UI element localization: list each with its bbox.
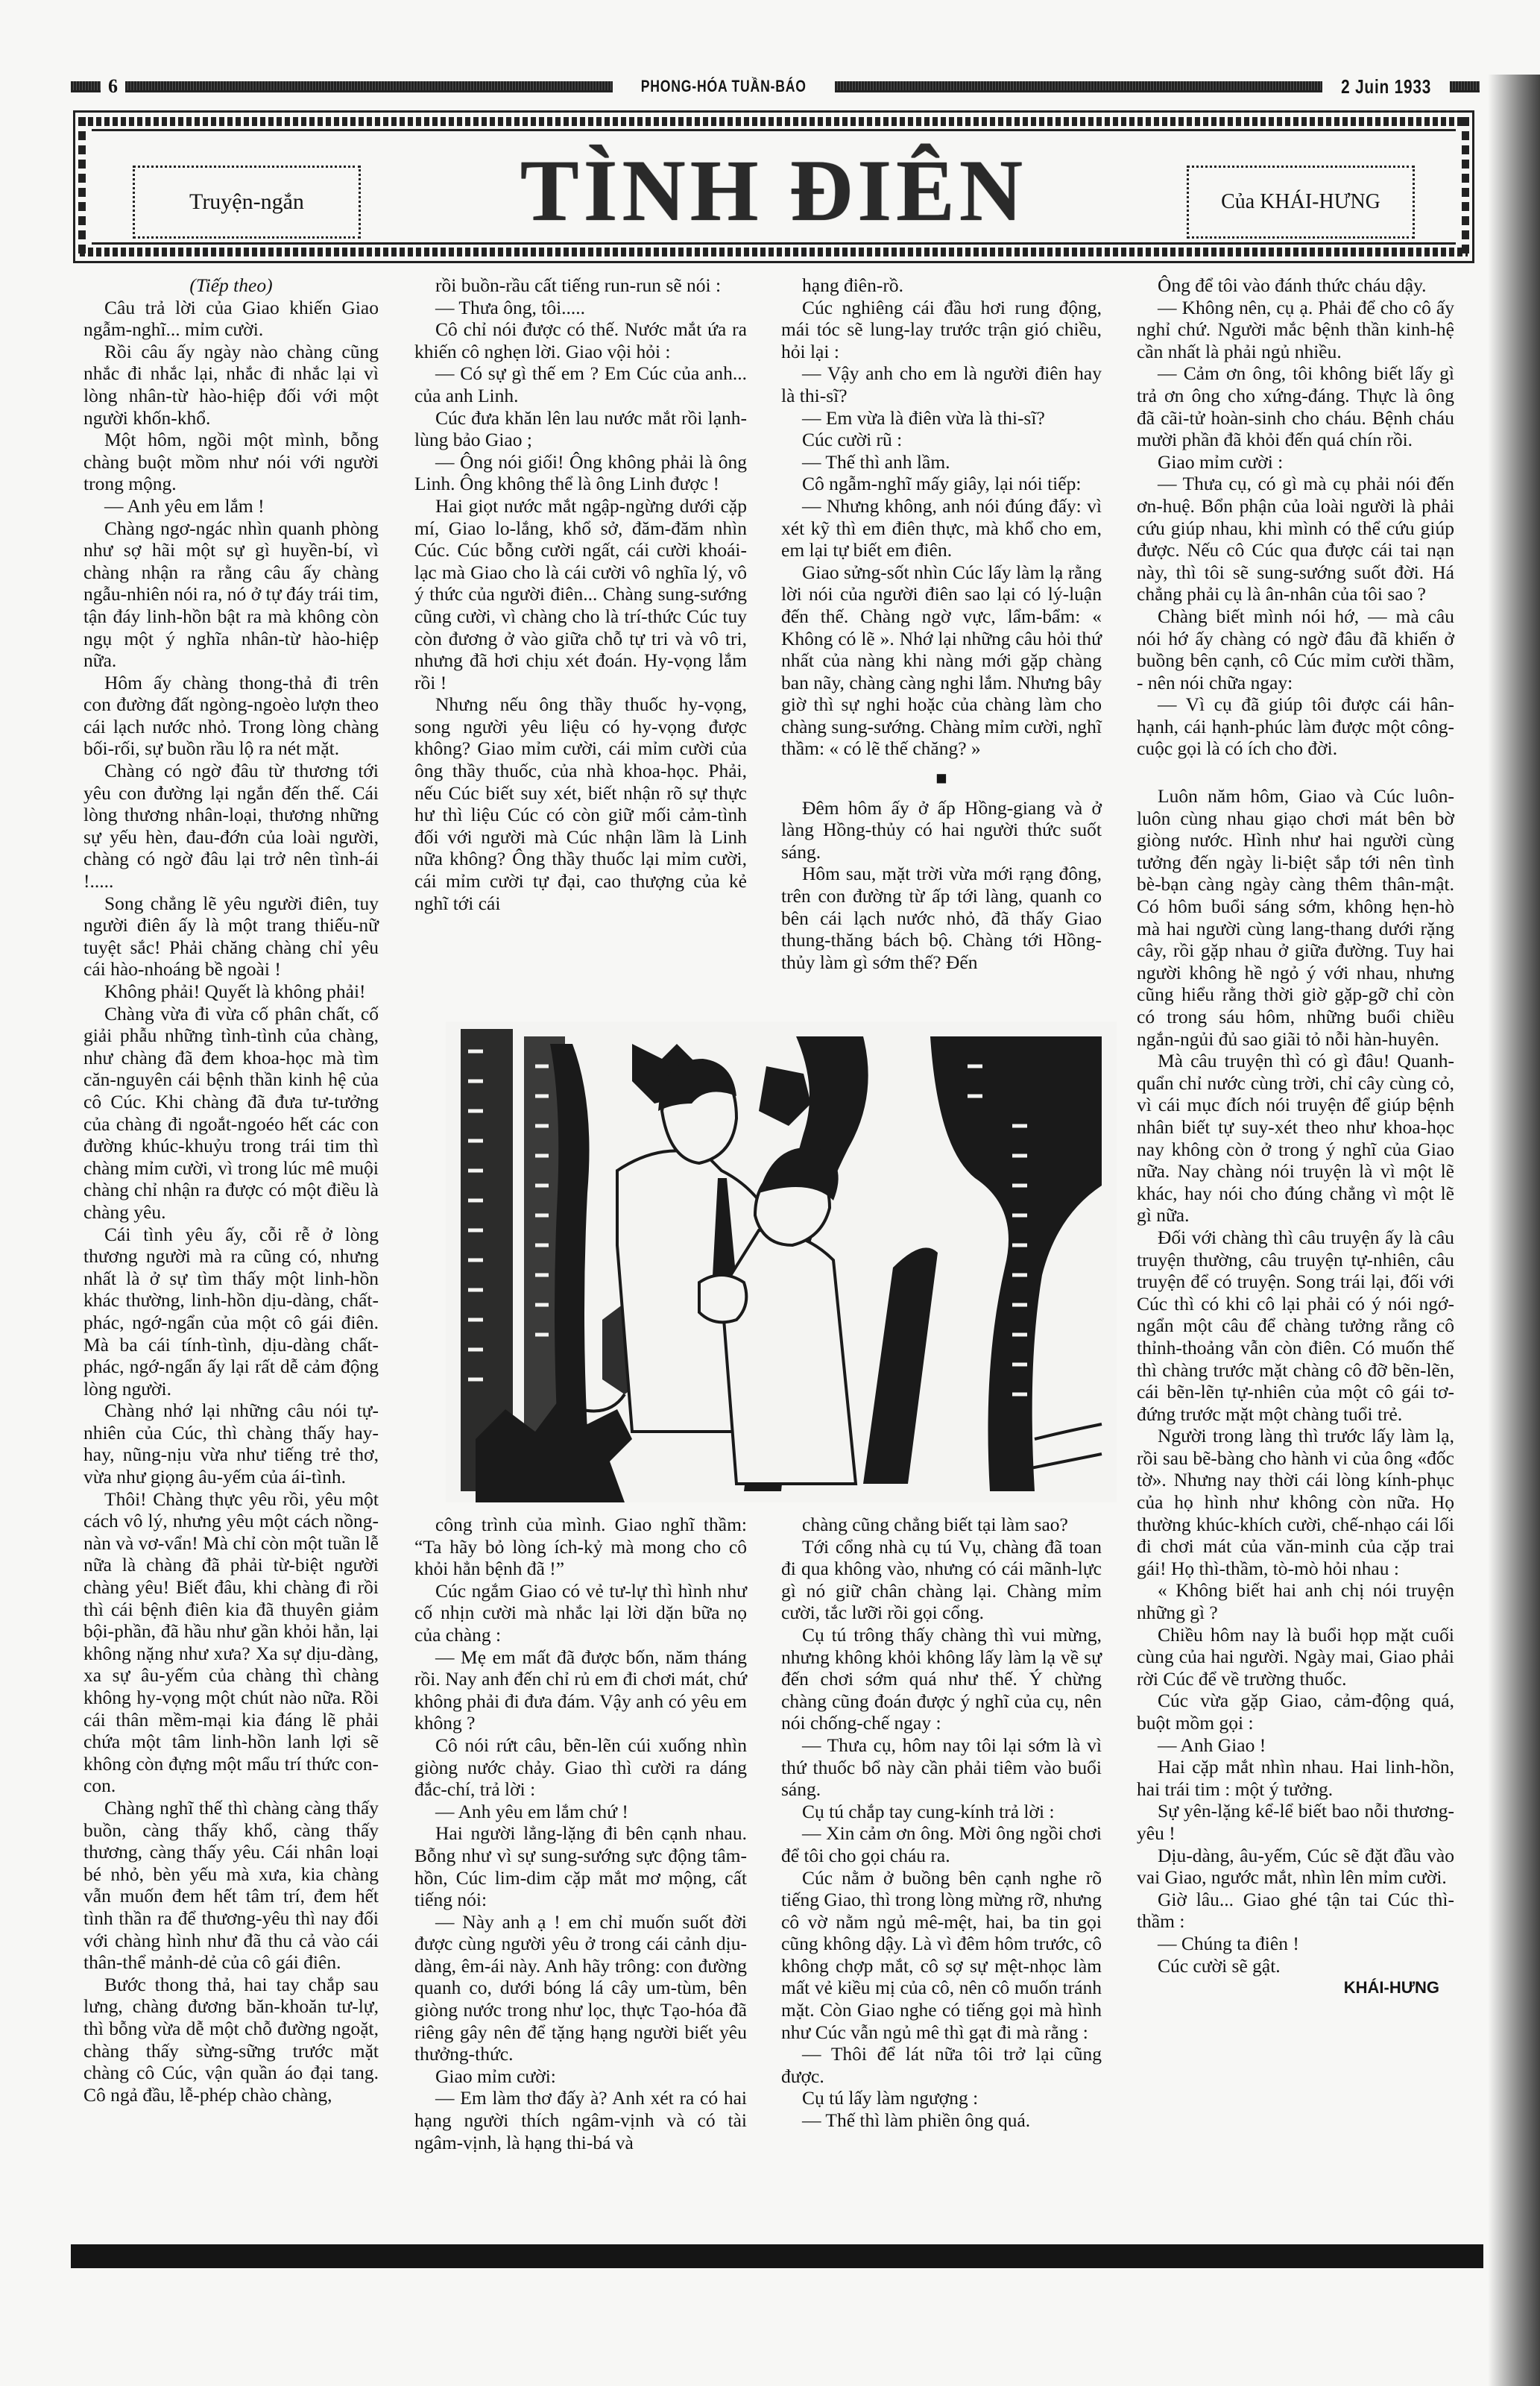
woodcut-illustration xyxy=(446,1022,1117,1502)
byline-text: Của KHÁI-HƯNG xyxy=(1221,190,1380,214)
header-rule xyxy=(71,81,101,92)
paragraph: Không phải! Quyết là không phải! xyxy=(83,980,379,1003)
author-signature: KHÁI-HƯNG xyxy=(1137,1977,1439,1999)
paragraph: hạng điên-rồ. xyxy=(781,274,1102,297)
paragraph: Cúc ngắm Giao có vẻ tư-lự thì hình như c… xyxy=(414,1580,747,1646)
paragraph: Hai người lẳng-lặng đi bên cạnh nhau. Bỗ… xyxy=(414,1822,747,1910)
continued-label: (Tiếp theo) xyxy=(83,274,379,297)
paragraph: chàng cũng chẳng biết tại làm sao? xyxy=(781,1514,1102,1536)
issue-date: 2 Juin 1933 xyxy=(1341,75,1431,98)
paragraph: — Thưa ông, tôi..... xyxy=(414,297,747,319)
page-number: 6 xyxy=(108,75,118,98)
paragraph: rồi buồn-rầu cất tiếng run-run sẽ nói : xyxy=(414,274,747,297)
column-4-body: Ông để tôi vào đánh thức cháu dậy.— Khôn… xyxy=(1137,274,1454,760)
paragraph: — Thưa cụ, có gì mà cụ phải nói đến ơn-h… xyxy=(1137,473,1454,605)
paragraph: Đối với chàng thì câu truyện ấy là câu t… xyxy=(1137,1227,1454,1425)
ornamental-border xyxy=(80,117,1468,126)
paragraph: — Thế thì anh lầm. xyxy=(781,451,1102,473)
column-2-body: rồi buồn-rầu cất tiếng run-run sẽ nói :—… xyxy=(414,274,747,914)
column-1: (Tiếp theo) Câu trả lời của Giao khiến G… xyxy=(83,274,379,2106)
author-byline: Của KHÁI-HƯNG xyxy=(1187,166,1415,239)
title-banner: Truyện-ngắn TÌNH ĐIÊN Của KHÁI-HƯNG xyxy=(73,110,1474,263)
bottom-rule xyxy=(71,2244,1483,2268)
paragraph: — Thế thì làm phiền ông quá. xyxy=(781,2109,1102,2132)
paragraph: công trình của mình. Giao nghĩ thầm: “Ta… xyxy=(414,1514,747,1580)
paragraph: Cúc đưa khăn lên lau nước mắt rồi lạnh-l… xyxy=(414,407,747,451)
paragraph: Chàng nhớ lại những câu nói tự-nhiên của… xyxy=(83,1400,379,1488)
paragraph: Cụ tú lấy làm ngượng : xyxy=(781,2087,1102,2109)
paragraph: Bước thong thả, hai tay chắp sau lưng, c… xyxy=(83,1974,379,2106)
page-header: 6 PHONG-HÓA TUẦN-BÁO 2 Juin 1933 xyxy=(71,75,1480,98)
paragraph: Chàng có ngờ đâu từ thương tới yêu con đ… xyxy=(83,760,379,893)
paragraph: Hôm ấy chàng thong-thả đi trên con đường… xyxy=(83,672,379,760)
column-3-lower: chàng cũng chẳng biết tại làm sao?Tới cổ… xyxy=(781,1514,1102,2132)
paragraph: — Xin cảm ơn ông. Mời ông ngồi chơi để t… xyxy=(781,1822,1102,1866)
paragraph: Chàng biết mình nói hớ, — mà câu nói hớ … xyxy=(1137,605,1454,693)
paragraph: Cụ tú trông thấy chàng thì vui mừng, như… xyxy=(781,1624,1102,1734)
paragraph: — Ông nói giối! Ông không phải là ông Li… xyxy=(414,451,747,495)
paragraph: Cúc vừa gặp Giao, cảm-động quá, buột mồm… xyxy=(1137,1690,1454,1734)
paragraph: Giao sửng-sốt nhìn Cúc lấy làm lạ rằng l… xyxy=(781,561,1102,760)
paragraph: — Vậy anh cho em là người điên hay là th… xyxy=(781,362,1102,406)
paragraph: — Mẹ em mất đã được bốn, năm tháng rồi. … xyxy=(414,1646,747,1734)
paragraph: — Vì cụ đã giúp tôi được cái hân-hạnh, c… xyxy=(1137,693,1454,760)
ornamental-border xyxy=(1462,117,1469,256)
paragraph: Giao mỉm cười: xyxy=(414,2065,747,2088)
column-3-body: hạng điên-rồ.Cúc nghiêng cái đầu hơi run… xyxy=(781,274,1102,760)
column-4: Ông để tôi vào đánh thức cháu dậy.— Khôn… xyxy=(1137,274,1454,1999)
paragraph: Nhưng nếu ông thầy thuốc hy-vọng, song n… xyxy=(414,693,747,914)
paragraph: Dịu-dàng, âu-yếm, Cúc sẽ đặt đầu vào vai… xyxy=(1137,1845,1454,1889)
column-1-body: Câu trả lời của Giao khiến Giao ngẫm-ngh… xyxy=(83,297,379,2106)
column-2-lower: công trình của mình. Giao nghĩ thầm: “Ta… xyxy=(414,1514,747,2153)
column-2-lower-body: công trình của mình. Giao nghĩ thầm: “Ta… xyxy=(414,1514,747,2153)
paragraph: Hôm sau, mặt trời vừa mới rạng đông, trê… xyxy=(781,863,1102,973)
header-rule xyxy=(125,81,613,92)
paragraph: Luôn năm hôm, Giao và Cúc luôn-luôn cùng… xyxy=(1137,785,1454,1050)
paragraph: Giờ lâu... Giao ghé tận tai Cúc thì-thầm… xyxy=(1137,1889,1454,1933)
paragraph: Câu trả lời của Giao khiến Giao ngẫm-ngh… xyxy=(83,297,379,341)
paragraph: Hai giọt nước mắt ngập-ngừng dưới cặp mí… xyxy=(414,495,747,693)
column-3-body-b: Đêm hôm ấy ở ấp Hồng-giang và ở làng Hồn… xyxy=(781,797,1102,974)
paragraph: — Có sự gì thế em ? Em Cúc của anh... củ… xyxy=(414,362,747,406)
paragraph: Cúc cười rũ : xyxy=(781,429,1102,451)
header-rule xyxy=(1450,81,1480,92)
paragraph: Rồi câu ấy ngày nào chàng cũng nhắc đi n… xyxy=(83,341,379,429)
paragraph: « Không biết hai anh chị nói truyện nhữn… xyxy=(1137,1579,1454,1623)
paragraph: — Em vừa là điên vừa là thi-sĩ? xyxy=(781,407,1102,429)
paragraph: — Này anh ạ ! em chỉ muốn suốt đời được … xyxy=(414,1911,747,2065)
column-4-body-b: Luôn năm hôm, Giao và Cúc luôn-luôn cùng… xyxy=(1137,785,1454,1977)
paragraph: Ông để tôi vào đánh thức cháu dậy. xyxy=(1137,274,1454,297)
ornamental-border xyxy=(80,248,1468,256)
paragraph: — Anh yêu em lắm ! xyxy=(83,495,379,517)
header-rule xyxy=(835,81,1322,92)
column-3-lower-body: chàng cũng chẳng biết tại làm sao?Tới cổ… xyxy=(781,1514,1102,2132)
paragraph: Cô ngẫm-nghĩ mấy giây, lại nói tiếp: xyxy=(781,473,1102,495)
paragraph: Thôi! Chàng thực yêu rồi, yêu một cách v… xyxy=(83,1488,379,1797)
publication-name: PHONG-HÓA TUẦN-BÁO xyxy=(641,77,807,96)
paragraph: — Không nên, cụ ạ. Phải để cho cô ấy ngh… xyxy=(1137,297,1454,363)
ornamental-border xyxy=(78,117,86,256)
paragraph: — Nhưng không, anh nói đúng đấy: vì xét … xyxy=(781,495,1102,561)
paragraph: Cúc cười sẽ gật. xyxy=(1137,1955,1454,1977)
paragraph: Cúc nằm ở buồng bên cạnh nghe rõ tiếng G… xyxy=(781,1867,1102,2044)
paragraph: Chiều hôm nay là buổi họp mặt cuối cùng … xyxy=(1137,1624,1454,1690)
paragraph: Người trong làng thì trước lấy làm lạ, r… xyxy=(1137,1425,1454,1579)
paragraph: Song chẳng lẽ yêu người điên, tuy người … xyxy=(83,893,379,980)
paragraph: Chàng vừa đi vừa cố phân chất, cố giải p… xyxy=(83,1003,379,1224)
paragraph: Tới cổng nhà cụ tú Vụ, chàng đã toan đi … xyxy=(781,1536,1102,1624)
paragraph: — Em làm thơ đấy à? Anh xét ra có hai hạ… xyxy=(414,2087,747,2153)
paragraph: Đêm hôm ấy ở ấp Hồng-giang và ở làng Hồn… xyxy=(781,797,1102,863)
paragraph: Chàng ngơ-ngác nhìn quanh phòng như sợ h… xyxy=(83,517,379,672)
paragraph: Cô chỉ nói được có thế. Nước mắt ứa ra k… xyxy=(414,318,747,362)
paragraph: — Thôi để lát nữa tôi trở lại cũng được. xyxy=(781,2043,1102,2087)
paragraph: Cô nói rứt câu, bẽn-lẽn cúi xuống nhìn g… xyxy=(414,1734,747,1801)
paragraph: Hai cặp mắt nhìn nhau. Hai linh-hồn, hai… xyxy=(1137,1756,1454,1800)
paragraph: — Thưa cụ, hôm nay tôi lại sớm là vì thứ… xyxy=(781,1734,1102,1801)
banner-inner: Truyện-ngắn TÌNH ĐIÊN Của KHÁI-HƯNG xyxy=(92,129,1456,245)
paragraph: — Cảm ơn ông, tôi không biết lấy gì trả … xyxy=(1137,362,1454,450)
couple-in-forest-icon xyxy=(446,1022,1117,1502)
column-3: hạng điên-rồ.Cúc nghiêng cái đầu hơi run… xyxy=(781,274,1102,973)
paragraph: Cúc nghiêng cái đầu hơi rung động, mái t… xyxy=(781,297,1102,363)
section-divider: ■ xyxy=(781,767,1102,790)
paragraph: Chàng nghĩ thế thì chàng càng thấy buồn,… xyxy=(83,1797,379,1974)
paragraph: Giao mỉm cười : xyxy=(1137,451,1454,473)
paragraph: Cụ tú chắp tay cung-kính trả lời : xyxy=(781,1801,1102,1823)
paragraph: — Chúng ta điên ! xyxy=(1137,1933,1454,1955)
paragraph: — Anh yêu em lắm chứ ! xyxy=(414,1801,747,1823)
paragraph: Mà câu truyện thì có gì đâu! Quanh-quẩn … xyxy=(1137,1050,1454,1227)
scan-shadow xyxy=(1488,75,1540,2386)
paragraph: — Anh Giao ! xyxy=(1137,1734,1454,1757)
paragraph: Cái tình yêu ấy, cỗi rễ ở lòng thương ng… xyxy=(83,1224,379,1400)
paragraph: Sự yên-lặng kể-lể biết bao nỗi thương-yê… xyxy=(1137,1800,1454,1844)
paragraph: Một hôm, ngồi một mình, bỗng chàng buột … xyxy=(83,429,379,495)
column-2: rồi buồn-rầu cất tiếng run-run sẽ nói :—… xyxy=(414,274,747,914)
